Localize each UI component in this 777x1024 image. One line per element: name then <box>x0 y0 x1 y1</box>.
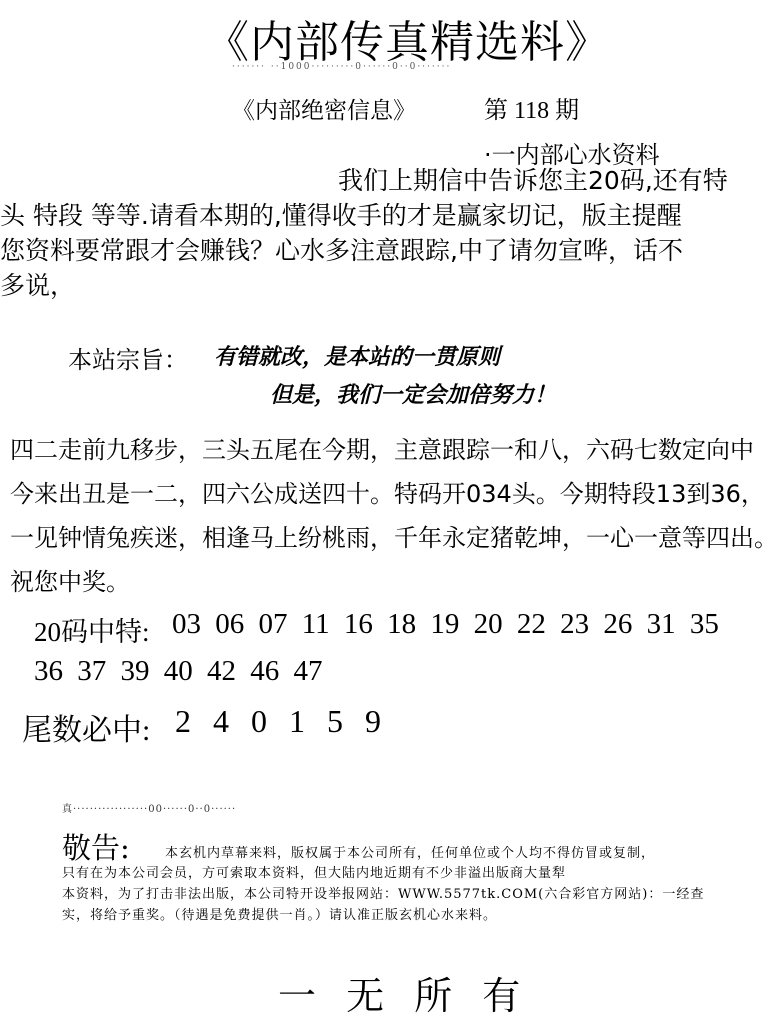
intro-paragraph: 我们上期信中告诉您主20码,还有特 头 特段 等等.请看本期的,懂得收手的才是赢… <box>0 163 777 303</box>
poem-line: 祝您中奖。 <box>10 560 777 604</box>
secret-info-title: 《内部绝密信息》 <box>232 92 416 125</box>
notice-label: 敬告: <box>62 826 130 867</box>
twenty-numbers-label: 20码中特: <box>34 610 150 649</box>
faded-subtitle: ······· ··1000·········0······0··0······… <box>232 62 451 72</box>
poem-line: 四二走前九移步，三头五尾在今期，主意跟踪一和八，六码七数定向中 <box>10 428 777 472</box>
issue-prefix: 第 <box>484 96 508 124</box>
twenty-numbers-row-1: 03 06 07 11 16 18 19 20 22 23 26 31 35 <box>172 608 719 641</box>
intro-line: 多说， <box>0 268 777 303</box>
motto-line-2: 但是，我们一定会加倍努力！ <box>270 378 556 409</box>
intro-line: 您资料要常跟才会赚钱？心水多注意跟踪,中了请勿宣哗，话不 <box>0 233 777 268</box>
cut-off-line: 真··················00······0··0······ <box>62 800 236 815</box>
notice-line: 本玄机内草幕来料，版权属于本公司所有，任何单位或个人均不得仿冒或复制， <box>165 842 655 861</box>
intro-line: 我们上期信中告诉您主20码,还有特 <box>0 163 777 198</box>
tail-digits-values: 2 4 0 1 5 9 <box>175 703 383 740</box>
motto-label: 本站宗旨： <box>68 340 188 375</box>
notice-line: 本资料，为了打击非法出版，本公司特开设举报网站：WWW.5577tk.COM(六… <box>62 883 704 902</box>
poem-block: 四二走前九移步，三头五尾在今期，主意跟踪一和八，六码七数定向中 今来出丑是一二，… <box>10 428 777 604</box>
issue-number: 第118期 <box>484 90 579 125</box>
tail-digits-label: 尾数必中: <box>22 705 150 749</box>
poem-line: 今来出丑是一二，四六公成送四十。特码开034头。今期特段13到36， <box>10 472 777 516</box>
notice-line: 只有在为本公司会员，方可索取本资料，但大陆内地近期有不少非溢出版商大量犁 <box>62 862 566 881</box>
poem-line: 一见钟情兔疾迷，相逢马上纷桃雨，千年永定猪乾坤，一心一意等四出。 <box>10 516 777 560</box>
intro-line: 头 特段 等等.请看本期的,懂得收手的才是赢家切记，版主提醒 <box>0 198 777 233</box>
document-title: 《内部传真精选料》 <box>205 6 610 70</box>
issue-suffix: 期 <box>555 96 579 124</box>
motto-line-1: 有错就改，是本站的一贯原则 <box>214 340 500 371</box>
notice-line: 实，将给予重奖。（待遇是免费提供一肖。）请认准正版玄机心水来料。 <box>62 904 497 923</box>
footer-slogan: 一 无 所 有 <box>278 965 520 1020</box>
issue-value: 118 <box>514 98 549 124</box>
twenty-numbers-row-2: 36 37 39 40 42 46 47 <box>34 655 323 688</box>
